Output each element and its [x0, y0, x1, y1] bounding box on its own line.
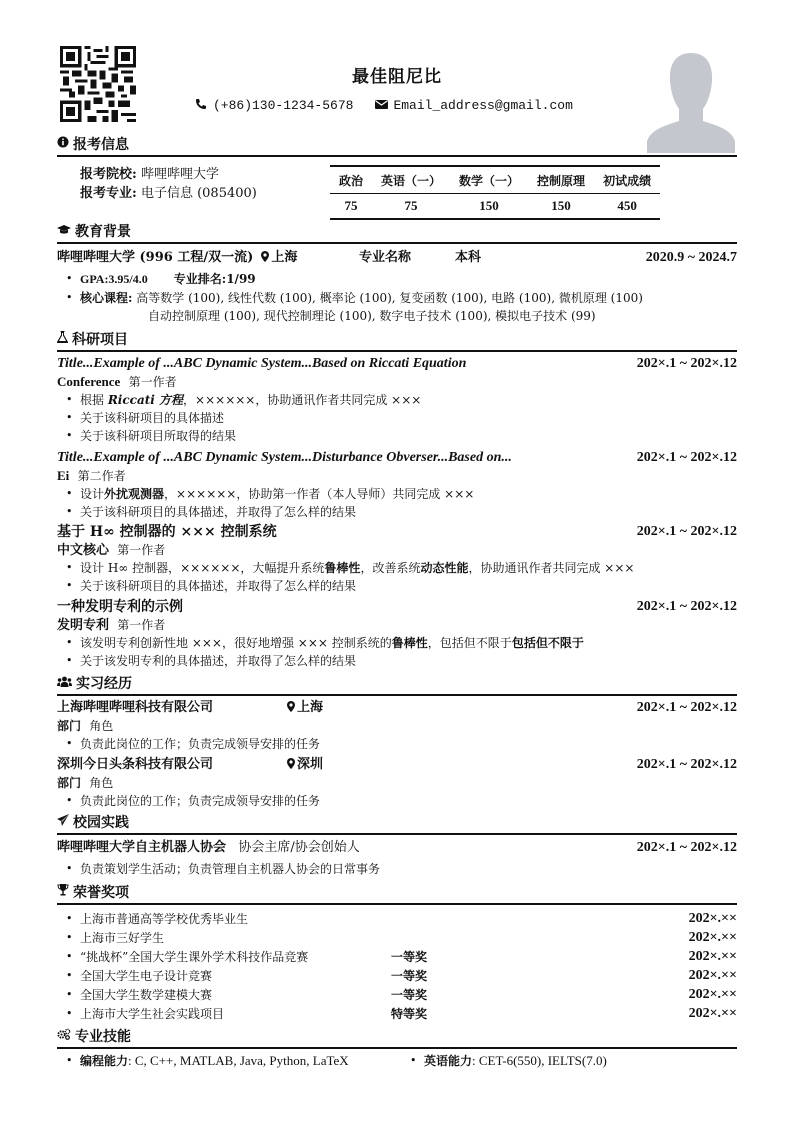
section-skills: 专业技能	[57, 1027, 737, 1045]
list-item: 关于该科研项目所取得的结果	[66, 427, 236, 445]
section-title: 报考信息	[73, 134, 129, 154]
score-value: 150	[528, 194, 594, 220]
internship-entry: 上海哔哩哔哩科技有限公司 上海 202×.1 ~ 202×.12	[57, 699, 737, 717]
date-range: 202×.1 ~ 202×.12	[637, 756, 737, 774]
section-rule	[57, 903, 737, 905]
section-honors: 荣誉奖项	[57, 883, 737, 901]
info-icon	[57, 136, 69, 152]
section-title: 校园实践	[73, 812, 129, 832]
school-location: 上海	[261, 250, 297, 265]
target-major: 电子信息 (085400)	[141, 186, 257, 201]
honor-item: “挑战杯”全国大学生课外学术科技作品竞赛一等奖202×.××	[66, 948, 737, 966]
date-range: 202×.1 ~ 202×.12	[637, 598, 737, 616]
section-education: 教育背景	[57, 222, 737, 240]
list-item: 关于该科研项目的具体描述，并取得了怎么样的结果	[66, 503, 356, 521]
author-role: 第二作者	[78, 469, 126, 483]
section-internship: 实习经历	[57, 674, 737, 692]
venue: Conference	[57, 374, 120, 389]
company-location: 上海	[287, 699, 323, 717]
research-entry: Title...Example of ...ABC Dynamic System…	[57, 355, 737, 373]
users-icon	[57, 675, 72, 691]
list-item: 设计外扰观测器，××××××，协助第一作者（本人导师）共同完成 ×××	[66, 485, 474, 503]
list-item: GPA:3.95/4.0专业排名:1/99	[66, 270, 256, 288]
list-item: 设计 H∞ 控制器，××××××，大幅提升系统鲁棒性，改善系统动态性能，协助通讯…	[66, 559, 634, 577]
research-title: 一种发明专利的示例	[57, 599, 183, 615]
date-range: 202×.1 ~ 202×.12	[637, 699, 737, 717]
research-title: 基于 H∞ 控制器的 ××× 控制系统	[57, 524, 277, 540]
section-rule	[57, 694, 737, 696]
section-rule	[57, 155, 737, 157]
section-title: 科研项目	[72, 329, 128, 349]
major-name: 专业名称	[359, 249, 411, 267]
company-name: 深圳今日头条科技有限公司	[57, 757, 213, 772]
score-header: 政治	[330, 166, 372, 194]
skill-item: 编程能力: C, C++, MATLAB, Java, Python, LaTe…	[66, 1052, 349, 1070]
section-campus: 校园实践	[57, 813, 737, 831]
score-table: 政治 英语（一） 数学（一） 控制原理 初试成绩 75 75 150 150 4…	[330, 165, 660, 220]
date-range: 202×.1 ~ 202×.12	[637, 355, 737, 373]
list-item: 关于该科研项目的具体描述	[66, 409, 224, 427]
list-item: 关于该科研项目的具体描述，并取得了怎么样的结果	[66, 577, 356, 595]
department: 部门	[57, 776, 81, 790]
honor-item: 上海市普通高等学校优秀毕业生202×.××	[66, 910, 737, 928]
score-value: 75	[372, 194, 450, 220]
date-range: 202×.1 ~ 202×.12	[637, 523, 737, 541]
contact-row: (+86)130-1234-5678 Email_address@gmail.c…	[195, 98, 573, 113]
score-header: 控制原理	[528, 166, 594, 194]
section-title: 实习经历	[76, 673, 132, 693]
score-value: 450	[594, 194, 660, 220]
school-name: 哔哩哔哩大学 (996 工程/双一流)	[57, 250, 253, 265]
score-value: 75	[330, 194, 372, 220]
list-item: 关于该发明专利的具体描述，并取得了怎么样的结果	[66, 652, 356, 670]
courses-continued: 自动控制原理 (100), 现代控制理论 (100), 数字电子技术 (100)…	[148, 307, 596, 325]
graduation-cap-icon	[57, 223, 71, 239]
section-title: 专业技能	[75, 1026, 131, 1046]
author-role: 第一作者	[117, 618, 165, 632]
venue: 中文核心	[57, 543, 109, 558]
campus-entry: 哔哩哔哩大学自主机器人协会 协会主席/协会创始人 202×.1 ~ 202×.1…	[57, 839, 737, 857]
date-range: 202×.1 ~ 202×.12	[637, 839, 737, 857]
organization: 哔哩哔哩大学自主机器人协会	[57, 840, 226, 855]
section-rule	[57, 1047, 737, 1049]
score-header: 初试成绩	[594, 166, 660, 194]
section-rule	[57, 833, 737, 835]
gears-icon	[57, 1028, 71, 1044]
venue: 发明专利	[57, 618, 109, 633]
internship-entry: 深圳今日头条科技有限公司 深圳 202×.1 ~ 202×.12	[57, 756, 737, 774]
list-item: 该发明专利创新性地 ×××，很好地增强 ××× 控制系统的鲁棒性，包括但不限于包…	[66, 634, 584, 652]
section-title: 教育背景	[75, 221, 131, 241]
degree: 本科	[455, 249, 481, 267]
date-range: 2020.9 ~ 2024.7	[646, 249, 737, 267]
email-contact[interactable]: Email_address@gmail.com	[375, 98, 572, 113]
score-value: 150	[450, 194, 528, 220]
list-item: 负责此岗位的工作；负责完成领导安排的任务	[66, 735, 320, 753]
application-info: 报考院校: 哔哩哔哩大学 报考专业: 电子信息 (085400)	[80, 165, 257, 203]
map-pin-icon	[287, 757, 295, 768]
company-name: 上海哔哩哔哩科技有限公司	[57, 700, 213, 715]
list-item: 根据 Riccati 方程，××××××，协助通讯作者共同完成 ×××	[66, 391, 421, 409]
target-school: 哔哩哔哩大学	[141, 167, 219, 182]
map-pin-icon	[287, 700, 295, 711]
campus-role: 协会主席/协会创始人	[238, 840, 359, 855]
list-item: 负责此岗位的工作；负责完成领导安排的任务	[66, 792, 320, 810]
map-pin-icon	[261, 250, 269, 261]
score-header: 英语（一）	[372, 166, 450, 194]
candidate-name: 最佳阻尼比	[0, 62, 794, 87]
section-rule	[57, 350, 737, 352]
honor-item: 上海市大学生社会实践项目特等奖202×.××	[66, 1005, 737, 1023]
honor-item: 全国大学生电子设计竞赛一等奖202×.××	[66, 967, 737, 985]
section-rule	[57, 242, 737, 244]
date-range: 202×.1 ~ 202×.12	[637, 449, 737, 467]
honor-item: 上海市三好学生202×.××	[66, 929, 737, 947]
author-role: 第一作者	[117, 543, 165, 557]
research-entry: Title...Example of ...ABC Dynamic System…	[57, 449, 737, 467]
job-role: 角色	[89, 719, 113, 733]
company-location: 深圳	[287, 756, 323, 774]
section-title: 荣誉奖项	[73, 882, 129, 902]
job-role: 角色	[89, 776, 113, 790]
research-title: Title...Example of ...ABC Dynamic System…	[57, 450, 512, 465]
paper-plane-icon	[57, 814, 69, 830]
department: 部门	[57, 719, 81, 733]
score-header: 数学（一）	[450, 166, 528, 194]
section-research: 科研项目	[57, 330, 737, 348]
phone-contact[interactable]: (+86)130-1234-5678	[195, 98, 353, 113]
research-entry: 基于 H∞ 控制器的 ××× 控制系统 202×.1 ~ 202×.12	[57, 523, 737, 542]
honor-item: 全国大学生数学建模大赛一等奖202×.××	[66, 986, 737, 1004]
section-application: 报考信息	[57, 135, 737, 153]
venue: Ei	[57, 468, 69, 483]
education-entry: 哔哩哔哩大学 (996 工程/双一流) 上海 专业名称 本科 2020.9 ~ …	[57, 249, 737, 267]
flask-icon	[57, 331, 68, 347]
author-role: 第一作者	[129, 375, 177, 389]
skill-item: 英语能力: CET-6(550), IELTS(7.0)	[410, 1052, 607, 1070]
research-entry: 一种发明专利的示例 202×.1 ~ 202×.12	[57, 598, 737, 617]
phone-icon	[195, 98, 207, 110]
trophy-icon	[57, 884, 69, 900]
list-item: 核心课程: 高等数学 (100), 线性代数 (100), 概率论 (100),…	[66, 289, 643, 307]
envelope-icon	[375, 99, 387, 111]
research-title: Title...Example of ...ABC Dynamic System…	[57, 356, 466, 371]
list-item: 负责策划学生活动；负责管理自主机器人协会的日常事务	[66, 860, 380, 878]
